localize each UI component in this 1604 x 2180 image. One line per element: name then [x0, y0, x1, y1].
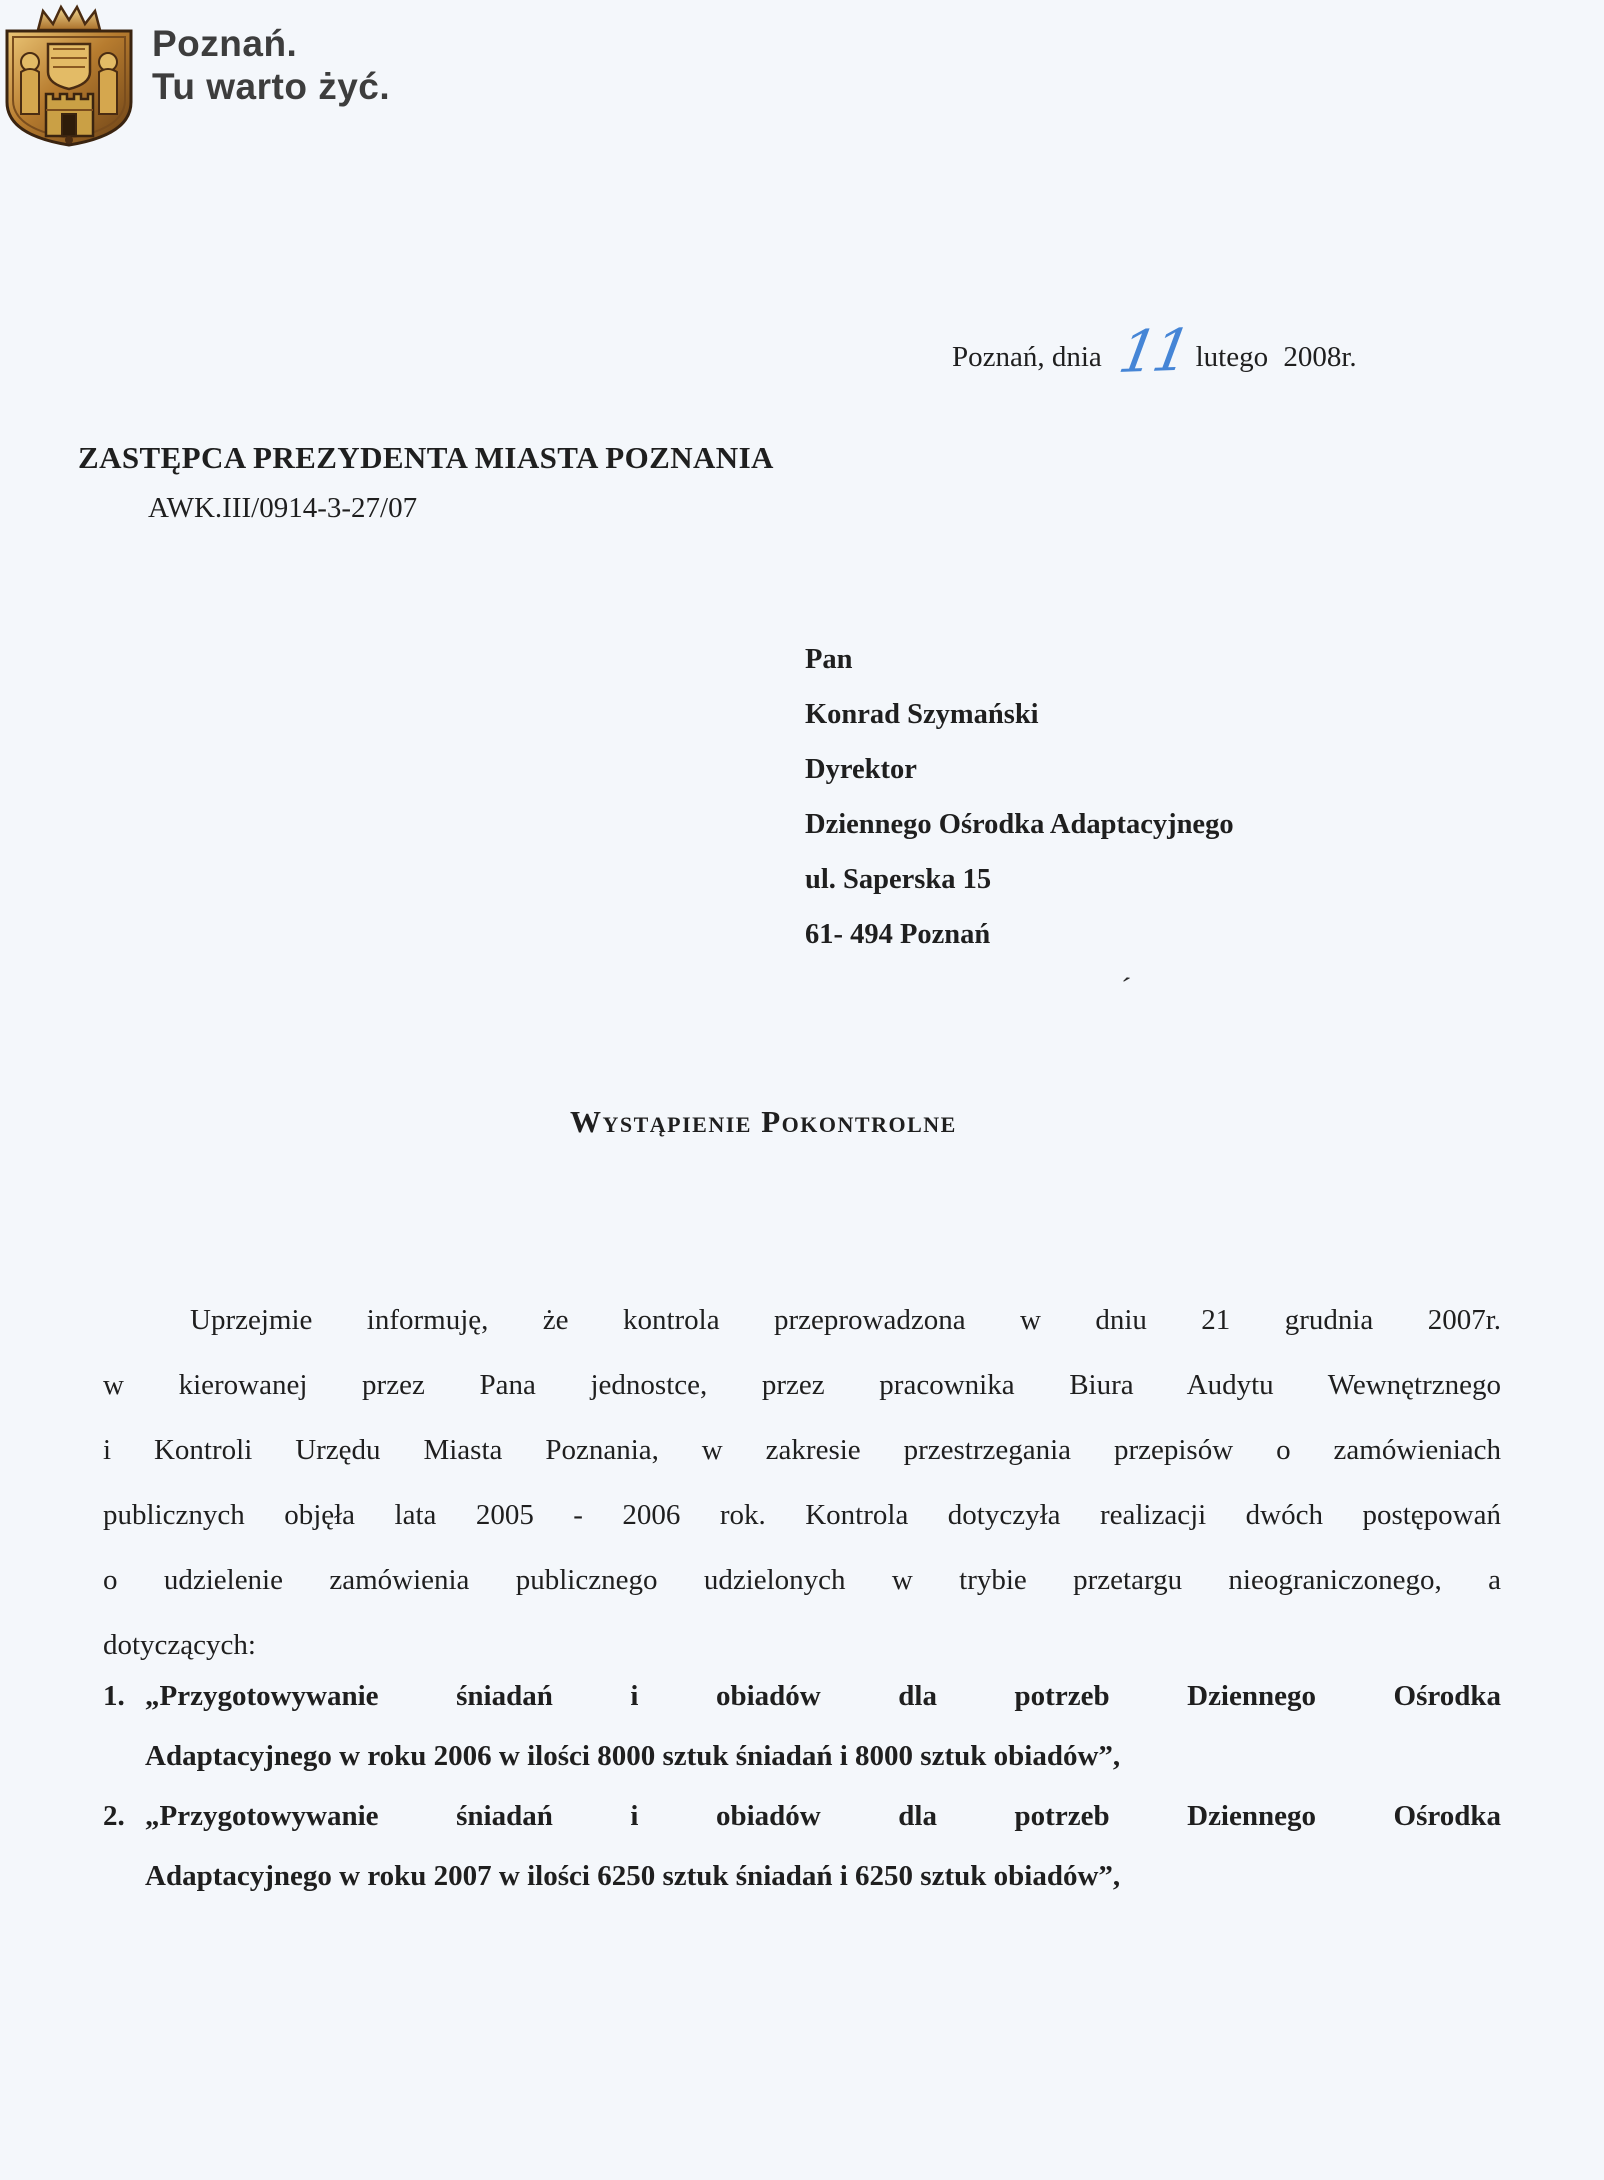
paragraph-line: i Kontroli Urzędu Miasta Poznania, w zak…	[103, 1418, 1501, 1483]
document-title: Wystąpienie Pokontrolne	[570, 1104, 957, 1140]
list-item: 2. „Przygotowywanie śniadań i obiadów dl…	[103, 1786, 1501, 1906]
paragraph-line: Uprzejmie informuję, że kontrola przepro…	[103, 1288, 1501, 1353]
list-item-line: „Przygotowywanie śniadań i obiadów dla p…	[145, 1666, 1501, 1726]
contracts-list: 1. „Przygotowywanie śniadań i obiadów dl…	[103, 1666, 1501, 1906]
sender-reference-number: AWK.III/0914-3-27/07	[148, 492, 417, 525]
recipient-name: Konrad Szymański	[805, 687, 1234, 742]
sender-title: ZASTĘPCA PREZYDENTA MIASTA POZNANIA	[78, 440, 774, 476]
scanned-letter-page: { "page": { "bg": "#f4f7fb", "ink": "#1f…	[0, 0, 1604, 2180]
body-paragraph: Uprzejmie informuję, że kontrola przepro…	[103, 1288, 1501, 1678]
recipient-block: Pan Konrad Szymański Dyrektor Dziennego …	[805, 632, 1234, 962]
recipient-role: Dyrektor	[805, 742, 1234, 797]
list-item-line: Adaptacyjnego w roku 2006 w ilości 8000 …	[145, 1726, 1501, 1786]
paragraph-line: o udzielenie zamówienia publicznego udzi…	[103, 1548, 1501, 1613]
recipient-salutation: Pan	[805, 632, 1234, 687]
list-item-number: 1.	[103, 1666, 145, 1726]
city-brand-text: Poznań. Tu warto żyć.	[152, 22, 390, 108]
list-item: 1. „Przygotowywanie śniadań i obiadów dl…	[103, 1666, 1501, 1786]
poznan-coat-of-arms-icon	[0, 2, 138, 148]
paragraph-line: publicznych objęła lata 2005 - 2006 rok.…	[103, 1483, 1501, 1548]
recipient-organization: Dziennego Ośrodka Adaptacyjnego	[805, 797, 1234, 852]
handwritten-day-number: 11	[1109, 321, 1197, 381]
paragraph-line: w kierowanej przez Pana jednostce, przez…	[103, 1353, 1501, 1418]
recipient-street: ul. Saperska 15	[805, 852, 1234, 907]
date-place-prefix: Poznań, dnia	[952, 341, 1102, 380]
stray-pen-mark: ´	[1118, 971, 1133, 1006]
list-item-line: „Przygotowywanie śniadań i obiadów dla p…	[145, 1786, 1501, 1846]
list-item-number: 2.	[103, 1786, 145, 1846]
recipient-city: 61- 494 Poznań	[805, 907, 1234, 962]
list-item-line: Adaptacyjnego w roku 2007 w ilości 6250 …	[145, 1846, 1501, 1906]
date-month-year: lutego 2008r.	[1196, 341, 1357, 380]
date-line: Poznań, dnia 11 lutego 2008r.	[952, 322, 1357, 380]
city-brand-subtitle: Tu warto żyć.	[152, 65, 390, 108]
city-brand-title: Poznań.	[152, 22, 390, 65]
